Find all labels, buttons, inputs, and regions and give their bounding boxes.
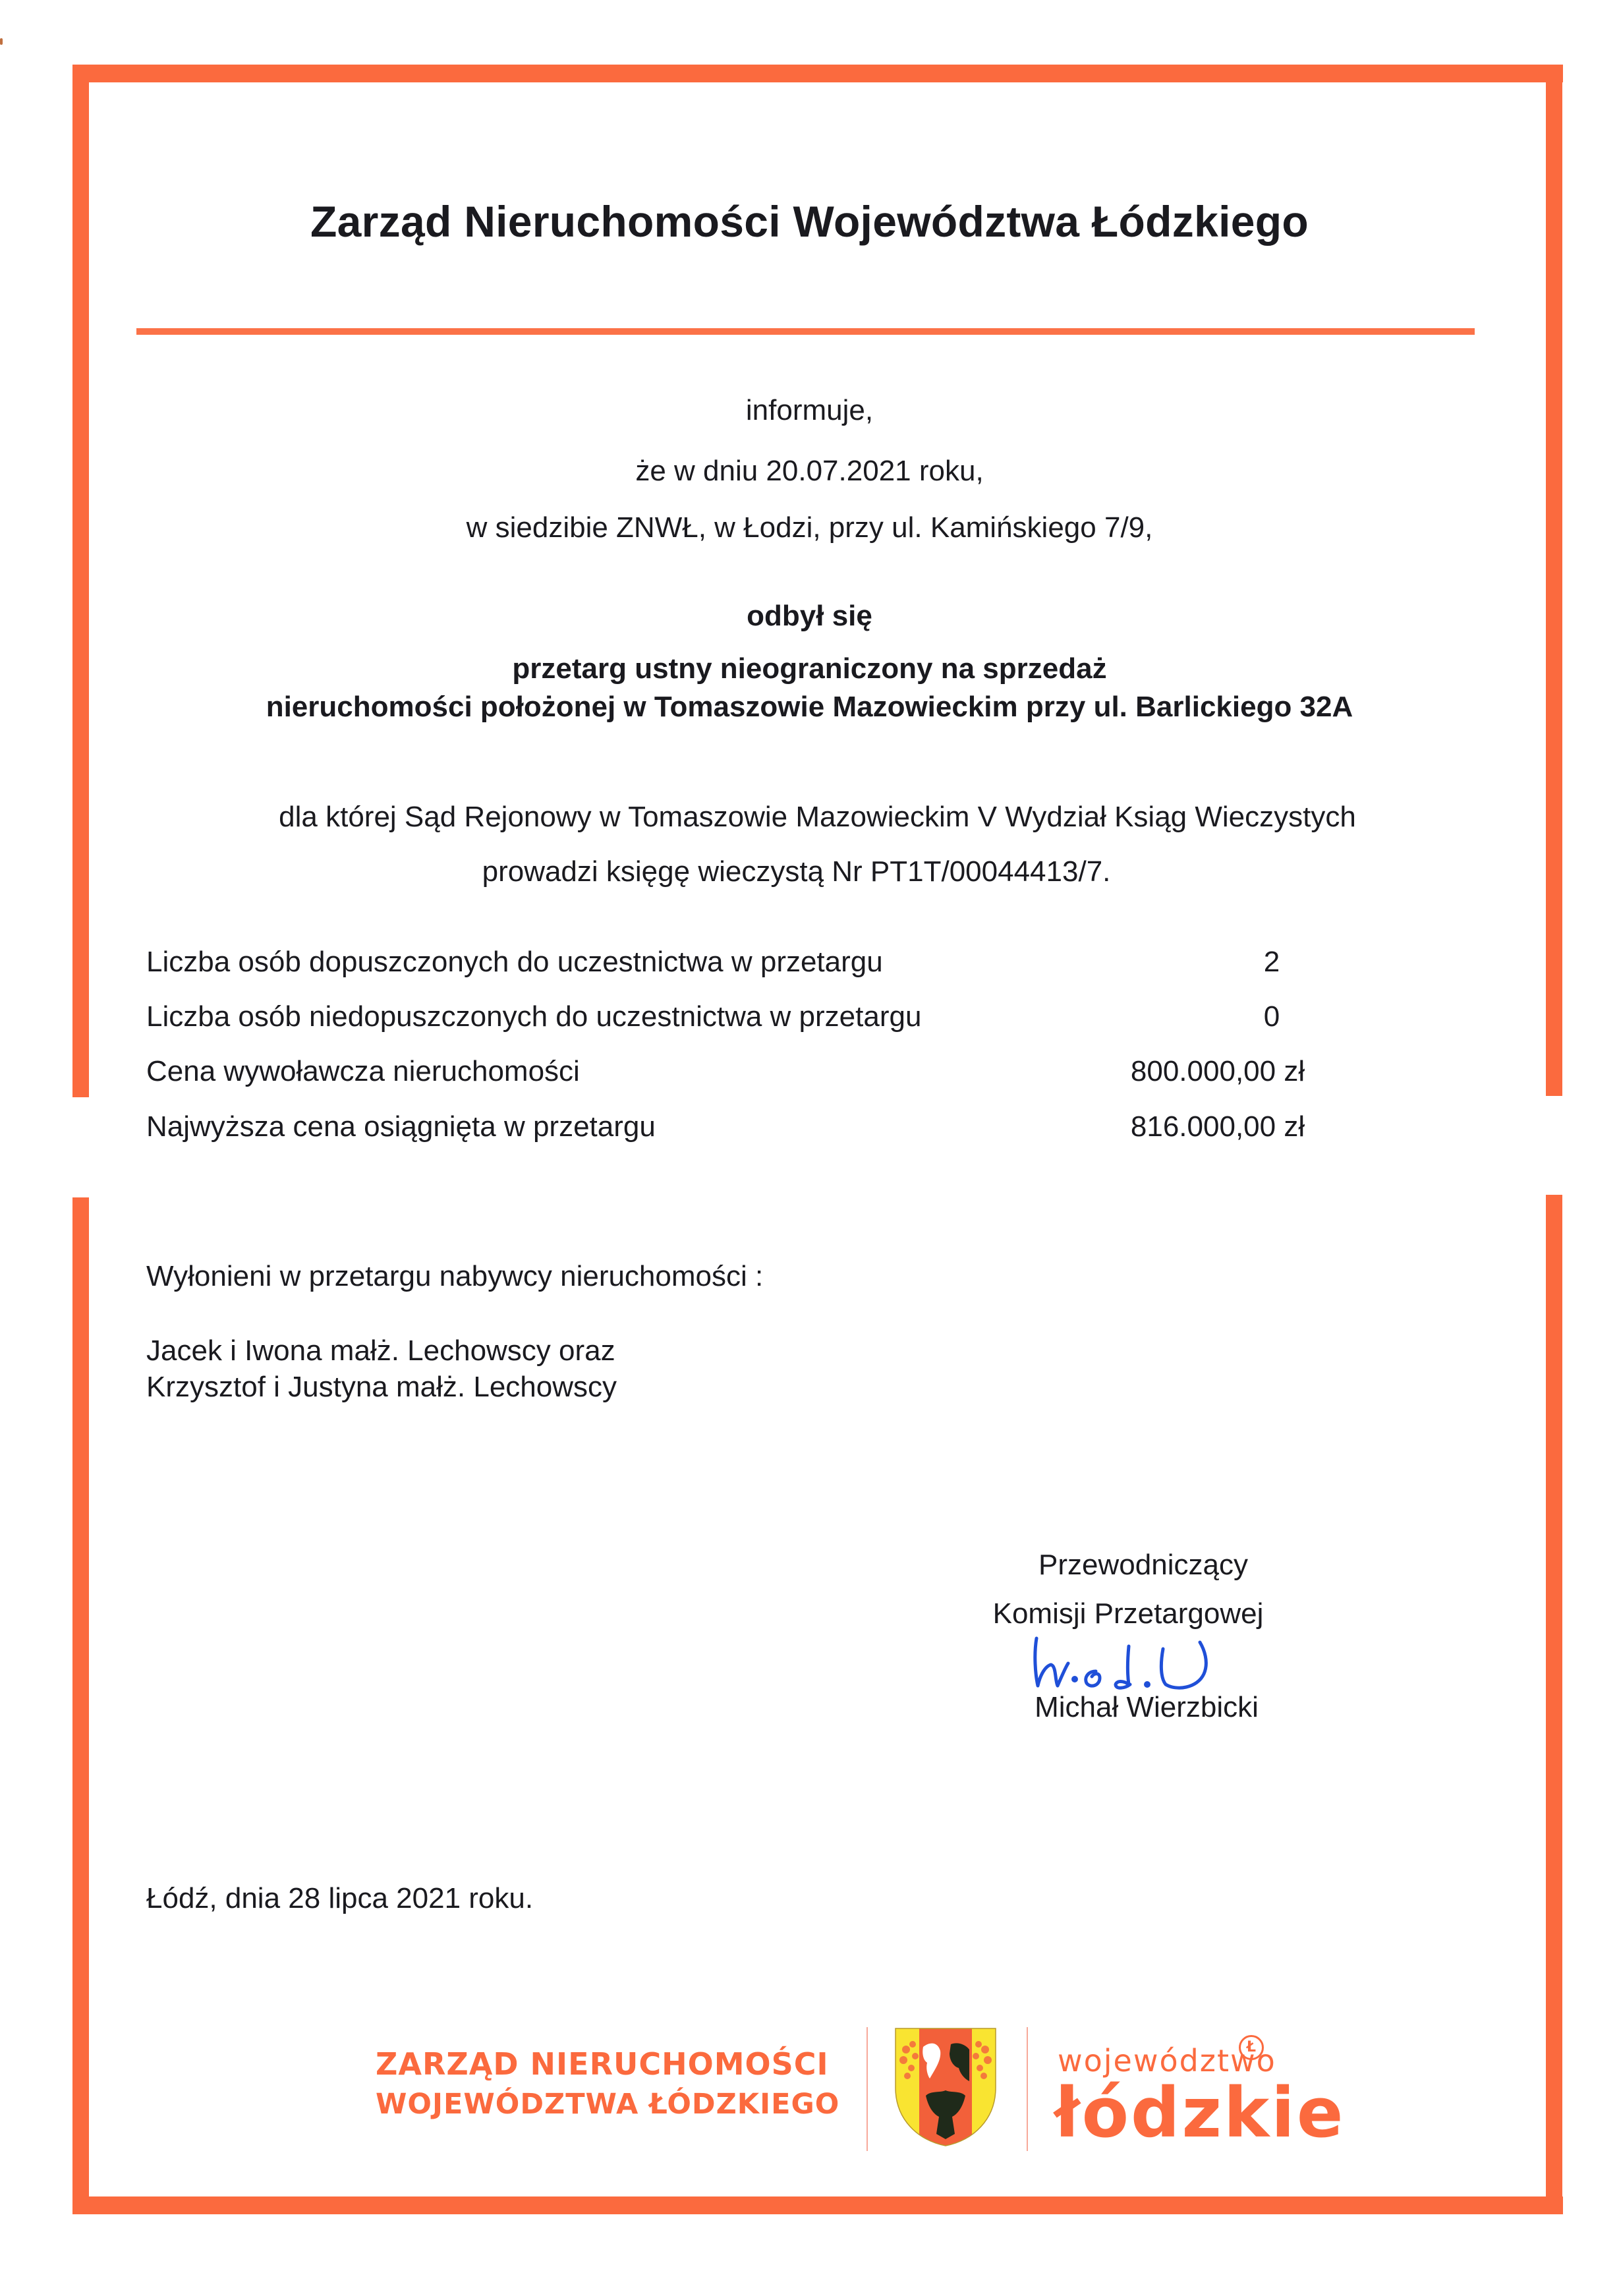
scan-artifact	[0, 38, 3, 45]
logo-divider-left	[866, 2027, 868, 2151]
frame-top	[72, 65, 1563, 82]
registry-line-1: dla której Sąd Rejonowy w Tomaszowie Maz…	[8, 801, 1619, 834]
org-logo-line-1: ZARZĄD NIERUCHOMOŚCI	[376, 2046, 829, 2082]
registered-mark-icon: Ł	[1239, 2035, 1264, 2060]
buyers-heading: Wyłonieni w przetargu nabywcy nieruchomo…	[146, 1260, 763, 1293]
intro-line-2: że w dniu 20.07.2021 roku,	[0, 455, 1619, 488]
signatory-name: Michał Wierzbicki	[1035, 1691, 1259, 1724]
intro-line-3: w siedzibie ZNWŁ, w Łodzi, przy ul. Kami…	[0, 511, 1619, 544]
results-label: Najwyższa cena osiągnięta w przetargu	[146, 1110, 656, 1143]
frame-right-lower	[1546, 1195, 1562, 2214]
signature-role-line-1: Przewodniczący	[1038, 1549, 1248, 1582]
results-value: 2	[1133, 946, 1410, 979]
announcement-line-2: nieruchomości położonej w Tomaszowie Maz…	[0, 691, 1619, 724]
results-value: 800.000,00 zł	[1079, 1055, 1356, 1088]
buyer-name: Jacek i Iwona małż. Lechowscy oraz	[146, 1335, 615, 1367]
region-logo-big: łódzkie	[1054, 2073, 1345, 2153]
buyer-name: Krzysztof i Justyna małż. Lechowscy	[146, 1371, 617, 1404]
intro-line-1: informuje,	[0, 394, 1619, 427]
frame-bottom	[72, 2196, 1563, 2214]
results-value: 0	[1133, 1000, 1410, 1033]
handwritten-signature-icon	[1031, 1634, 1255, 1694]
page-title: Zarząd Nieruchomości Województwa Łódzkie…	[0, 196, 1619, 246]
results-label: Liczba osób dopuszczonych do uczestnictw…	[146, 946, 883, 979]
results-label: Liczba osób niedopuszczonych do uczestni…	[146, 1000, 921, 1033]
results-label: Cena wywoławcza nieruchomości	[146, 1055, 580, 1088]
logo-divider-right	[1027, 2027, 1028, 2151]
frame-left-lower	[72, 1197, 89, 2214]
org-logo-line-2: WOJEWÓDZTWA ŁÓDZKIEGO	[376, 2088, 839, 2121]
announcement-heading: odbył się	[0, 600, 1619, 633]
signature-role-line-2: Komisji Przetargowej	[993, 1597, 1264, 1630]
announcement-line-1: przetarg ustny nieograniczony na sprzeda…	[0, 652, 1619, 685]
title-divider	[136, 328, 1475, 335]
place-date: Łódź, dnia 28 lipca 2021 roku.	[146, 1882, 533, 1915]
results-value: 816.000,00 zł	[1079, 1110, 1356, 1143]
registry-line-2: prowadzi księgę wieczystą Nr PT1T/000444…	[0, 855, 1606, 888]
coat-of-arms-icon	[894, 2027, 997, 2147]
